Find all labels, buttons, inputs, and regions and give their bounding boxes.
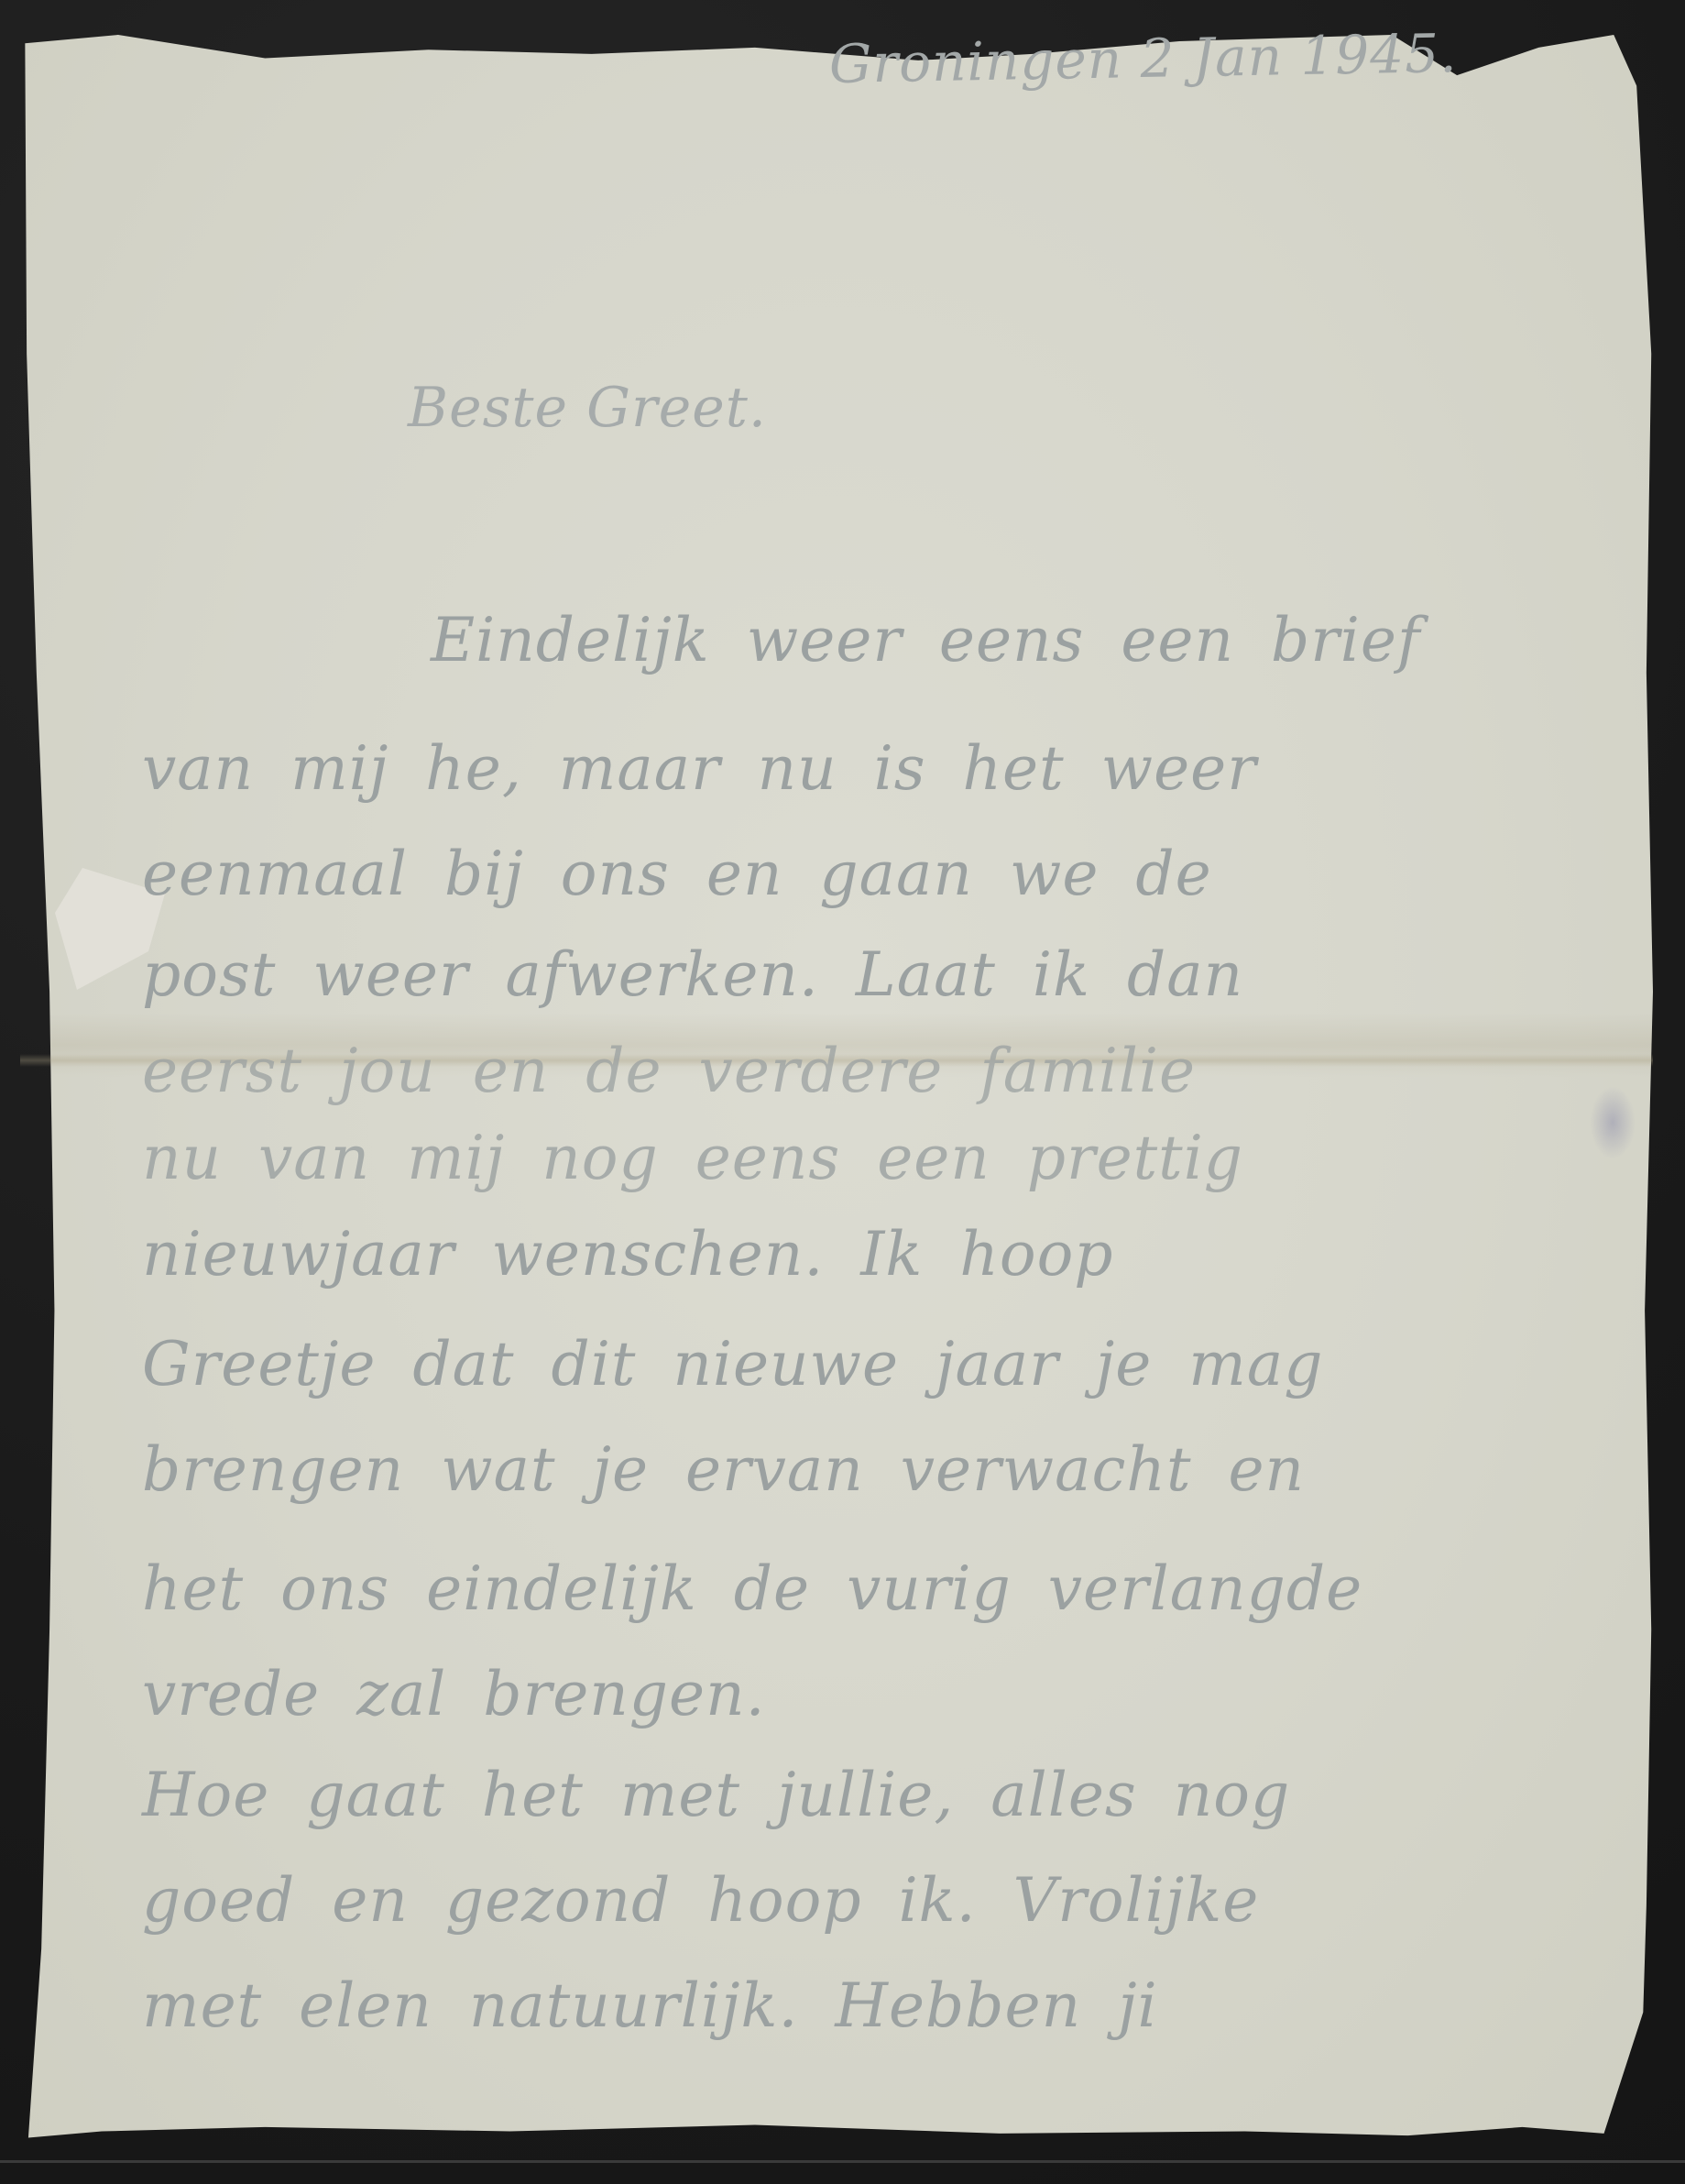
letter-line-9: brengen wat je ervan verwacht en [142,1434,1305,1505]
letter-line-2: van mij he, maar nu is het weer [142,733,1257,804]
letter-line-1: Eindelijk weer eens een brief [431,605,1420,675]
letter-line-10: het ons eindelijk de vurig verlangde [142,1553,1362,1624]
letter-line-5: eerst jou en de verdere familie [142,1036,1196,1106]
salutation: Beste Greet. [408,376,767,440]
ink-stain [1590,1086,1636,1159]
letter-line-6: nu van mij nog eens een prettig [142,1123,1243,1193]
letter-line-14: met elen natuurlijk. Hebben ji [142,1970,1158,2041]
scanner-edge-line [0,2160,1685,2163]
letter-line-3: eenmaal bij ons en gaan we de [142,839,1212,909]
letter-line-12: Hoe gaat het met jullie, alles nog [142,1760,1290,1830]
letter-line-7: nieuwjaar wenschen. Ik hoop [142,1219,1114,1290]
place-date-header: Groningen 2 Jan 1945. [828,22,1458,95]
letter-line-11: vrede zal brengen. [142,1659,766,1729]
letter-line-8: Greetje dat dit nieuwe jaar je mag [142,1329,1323,1399]
letter-line-13: goed en gezond hoop ik. Vrolijke [142,1865,1259,1936]
letter-line-4: post weer afwerken. Laat ik dan [142,939,1243,1010]
